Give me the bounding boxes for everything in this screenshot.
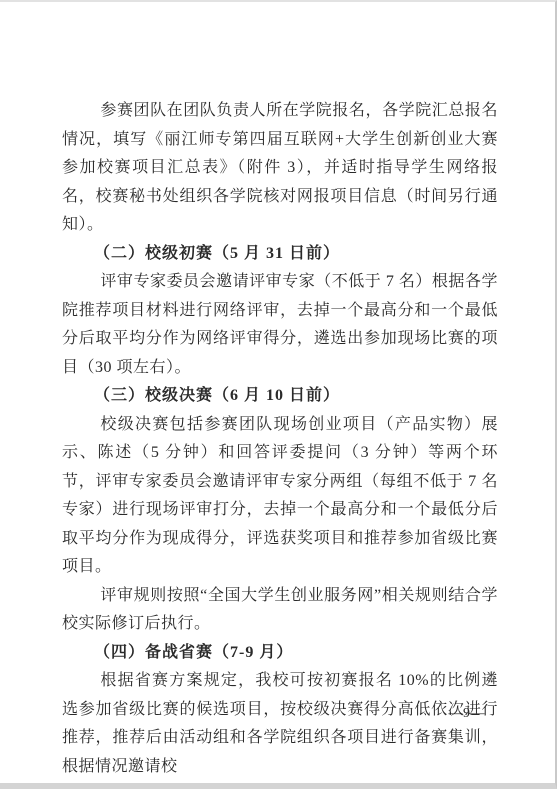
paragraph-final: 校级决赛包括参赛团队现场创业项目（产品实物）展示、陈述（5 分钟）和回答评委提问… — [62, 411, 498, 582]
section-heading-preliminary: （二）校级初赛（5 月 31 日前） — [62, 240, 498, 269]
document-page: 参赛团队在团队负责人所在学院报名，各学院汇总报名情况，填写《丽江师专第四届互联网… — [0, 0, 557, 789]
section-heading-final: （三）校级决赛（6 月 10 日前） — [62, 382, 498, 411]
paragraph-provincial: 根据省赛方案规定，我校可按初赛报名 10%的比例遴选参加省级比赛的候选项目，按校… — [62, 667, 498, 781]
page-number: —9— — [449, 706, 486, 722]
paragraph-preliminary: 评审专家委员会邀请评审专家（不低于 7 名）根据各学院推荐项目材料进行网络评审，… — [62, 268, 498, 382]
section-heading-provincial: （四）备战省赛（7-9 月） — [62, 639, 498, 668]
paragraph-registration: 参赛团队在团队负责人所在学院报名，各学院汇总报名情况，填写《丽江师专第四届互联网… — [62, 97, 498, 240]
document-body: 参赛团队在团队负责人所在学院报名，各学院汇总报名情况，填写《丽江师专第四届互联网… — [62, 97, 498, 781]
paragraph-review-rules: 评审规则按照“全国大学生创业服务网”相关规则结合学校实际修订后执行。 — [62, 582, 498, 639]
